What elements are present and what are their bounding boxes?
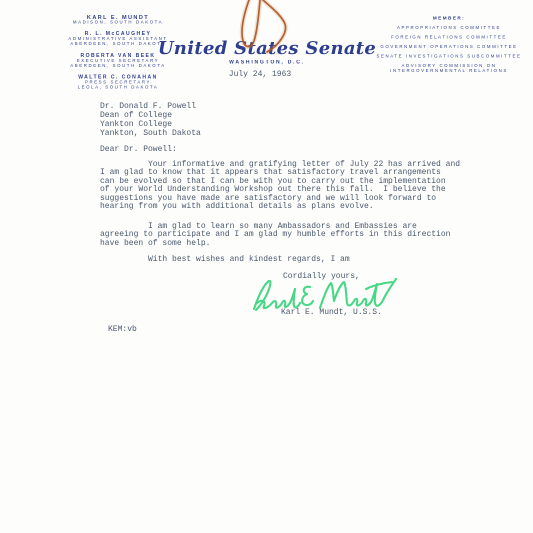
committee-item: APPROPRIATIONS COMMITTEE (375, 26, 523, 31)
staff-city: LEOLA, SOUTH DAKOTA (45, 86, 190, 91)
salutation: Dear Dr. Powell: (100, 145, 177, 154)
recipient-address: Dr. Donald F. Powell Dean of College Yan… (100, 102, 201, 138)
closing-line: With best wishes and kindest regards, I … (100, 255, 350, 264)
paperclip-rust-stain-icon (225, 0, 300, 60)
letterhead-city: WASHINGTON, D.C. (117, 60, 417, 67)
member-heading: MEMBER: (375, 16, 523, 22)
body-paragraph-1: Your informative and gratifying letter o… (100, 161, 460, 211)
letter-date: July 24, 1963 (110, 70, 410, 79)
body-paragraph-2: I am glad to learn so many Ambassadors a… (100, 223, 450, 248)
scanned-letter-page: KARL E. MUNDT MADISON, SOUTH DAKOTA R. L… (0, 0, 533, 533)
senator-city: MADISON, SOUTH DAKOTA (45, 21, 190, 26)
signature-script-karl-e-mundt (250, 276, 400, 314)
reference-initials: KEM:vb (108, 325, 137, 334)
